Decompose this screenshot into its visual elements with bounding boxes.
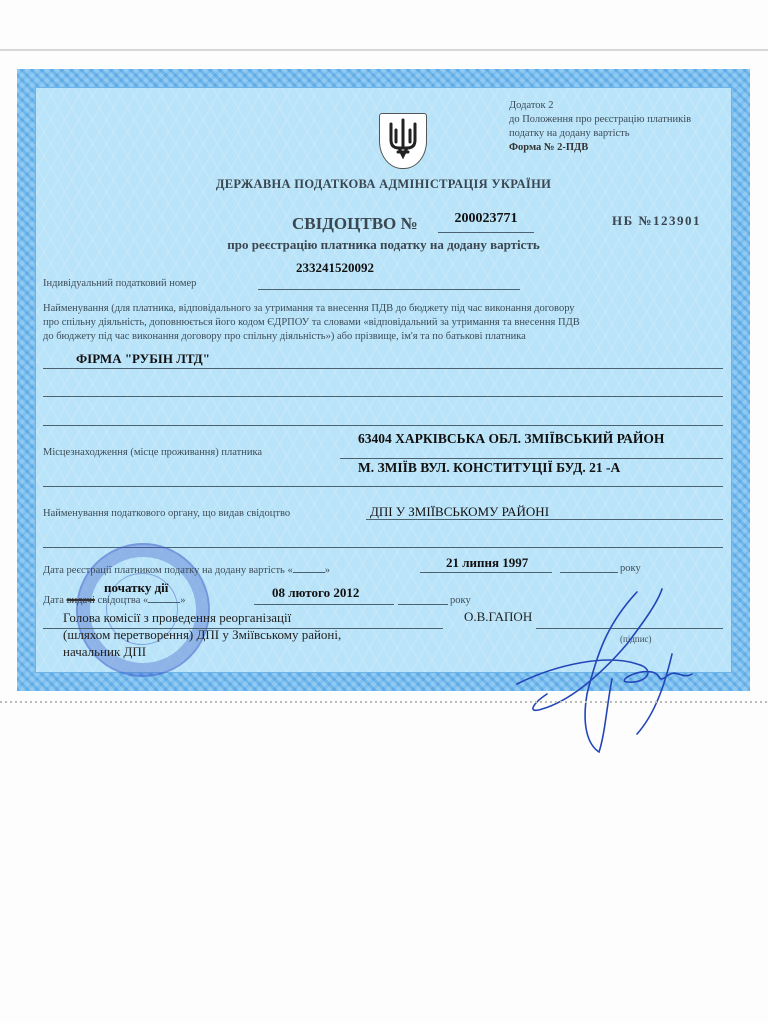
trident-coat-of-arms-icon xyxy=(379,113,427,169)
address-line-1: 63404 ХАРКІВСЬКА ОБЛ. ЗМІЇВСЬКИЙ РАЙОН xyxy=(358,431,664,447)
certificate-title-prefix: СВІДОЦТВО № xyxy=(292,214,418,233)
form-number: Форма № 2-ПДВ xyxy=(509,141,691,155)
certificate-title: СВІДОЦТВО № xyxy=(292,214,418,234)
issue-date-label: Дата видачі свідоцтва «» xyxy=(43,595,186,606)
registration-date-year-word: року xyxy=(620,563,641,574)
annex-line-2: до Положення про реєстрацію платників xyxy=(509,113,691,127)
registration-date-label: Дата реєстрації платником податку на дод… xyxy=(43,565,330,576)
issuer-label: Найменування податкового органу, що вида… xyxy=(43,508,290,519)
certificate-subtitle: про реєстрацію платника податку на додан… xyxy=(36,237,731,253)
address-label: Місцезнаходження (місце проживання) плат… xyxy=(43,447,262,458)
handwritten-signature-icon xyxy=(487,584,717,764)
certificate-series: НБ №123901 xyxy=(612,213,701,229)
issuer-value: ДПІ У ЗМІЇВСЬКОМУ РАЙОНІ xyxy=(370,504,549,520)
address-line-2: М. ЗМІЇВ ВУЛ. КОНСТИТУЦІЇ БУД. 21 -А xyxy=(358,460,620,476)
annex-line-3: податку на додану вартість xyxy=(509,127,691,141)
taxpayer-name-value: ФІРМА "РУБІН ЛТД" xyxy=(76,351,210,367)
issue-date-correction: початку дії xyxy=(104,580,168,596)
certificate-number: 200023771 xyxy=(441,211,531,227)
taxpayer-name-label: Найменування (для платника, відповідальн… xyxy=(43,302,723,344)
tax-id-value: 233241520092 xyxy=(296,260,374,276)
scan-edge-top xyxy=(0,49,768,51)
issue-date-year-word: року xyxy=(450,595,471,606)
annex-line-1: Додаток 2 xyxy=(509,99,691,113)
scan-edge-bottom xyxy=(0,701,768,703)
tax-id-label: Індивідуальний податковий номер xyxy=(43,278,196,289)
certificate-border: Додаток 2 до Положення про реєстрацію пл… xyxy=(17,69,750,691)
issue-date-value: 08 лютого 2012 xyxy=(272,585,359,601)
registration-date-value: 21 липня 1997 xyxy=(446,555,528,571)
signatory-position: Голова комісії з проведення реорганізаці… xyxy=(63,609,341,660)
authority-title: ДЕРЖАВНА ПОДАТКОВА АДМІНІСТРАЦІЯ УКРАЇНИ xyxy=(36,177,731,192)
annex-note: Додаток 2 до Положення про реєстрацію пл… xyxy=(509,99,691,155)
